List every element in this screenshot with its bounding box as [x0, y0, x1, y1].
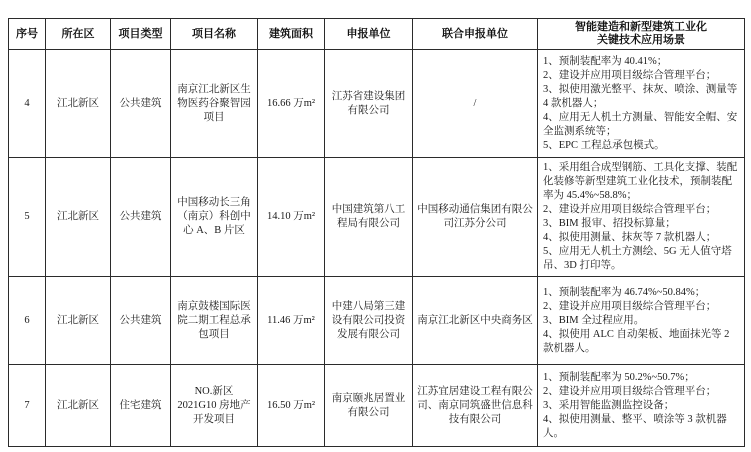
cell-type: 公共建筑: [111, 50, 171, 158]
cell-no: 5: [9, 158, 46, 277]
cell-no: 7: [9, 365, 46, 447]
cell-project-name: 中国移动长三角（南京）科创中心 A、B 片区: [171, 158, 258, 277]
cell-tech-scenarios: 1、预制装配率为 50.2%~50.7%； 2、建设并应用项目级综合管理平台； …: [538, 365, 745, 447]
scenario-item: 3、BIM 全过程应用。: [543, 314, 740, 328]
cell-area: 14.10 万m²: [258, 158, 325, 277]
cell-district: 江北新区: [46, 277, 111, 365]
table-row: 6 江北新区 公共建筑 南京鼓楼国际医院二期工程总承包项目 11.46 万m² …: [9, 277, 745, 365]
cell-tech-scenarios: 1、采用组合成型钢筋、工具化支撑、装配化装修等新型建筑工业化技术，预制装配率为 …: [538, 158, 745, 277]
cell-joint-applicant: 南京江北新区中央商务区: [413, 277, 538, 365]
cell-joint-applicant: 中国移动通信集团有限公司江苏分公司: [413, 158, 538, 277]
scenario-item: 2、建设并应用项目级综合管理平台；: [543, 203, 740, 217]
scenario-item: 4、应用无人机土方测量、智能安全帽、安全监测系统等；: [543, 111, 740, 139]
table-header-row: 序号 所在区 项目类型 项目名称 建筑面积 申报单位 联合申报单位 智能建造和新…: [9, 19, 745, 50]
scenario-item: 1、采用组合成型钢筋、工具化支撑、装配化装修等新型建筑工业化技术，预制装配率为 …: [543, 161, 740, 203]
cell-district: 江北新区: [46, 365, 111, 447]
cell-no: 4: [9, 50, 46, 158]
cell-area: 11.46 万m²: [258, 277, 325, 365]
cell-project-name: 南京江北新区生物医药谷聚智园项目: [171, 50, 258, 158]
scenario-item: 4、拟使用测量、抹灰等 7 款机器人；: [543, 231, 740, 245]
table-row: 4 江北新区 公共建筑 南京江北新区生物医药谷聚智园项目 16.66 万m² 江…: [9, 50, 745, 158]
scenario-item: 5、EPC 工程总承包模式。: [543, 139, 740, 153]
cell-district: 江北新区: [46, 158, 111, 277]
header-tech-scenarios: 智能建造和新型建筑工业化 关键技术应用场景: [538, 19, 745, 50]
projects-table: 序号 所在区 项目类型 项目名称 建筑面积 申报单位 联合申报单位 智能建造和新…: [8, 18, 745, 447]
scenario-item: 1、预制装配率为 50.2%~50.7%；: [543, 371, 740, 385]
cell-applicant: 南京颐兆居置业有限公司: [325, 365, 413, 447]
cell-district: 江北新区: [46, 50, 111, 158]
document-page: 序号 所在区 项目类型 项目名称 建筑面积 申报单位 联合申报单位 智能建造和新…: [0, 0, 751, 452]
header-district: 所在区: [46, 19, 111, 50]
scenario-item: 4、拟使用测量、整平、喷涂等 3 款机器人。: [543, 413, 740, 441]
scenario-item: 2、建设并应用项目级综合管理平台；: [543, 385, 740, 399]
header-no: 序号: [9, 19, 46, 50]
scenario-item: 3、采用智能监测监控设备；: [543, 399, 740, 413]
cell-applicant: 江苏省建设集团有限公司: [325, 50, 413, 158]
header-area: 建筑面积: [258, 19, 325, 50]
header-applicant: 申报单位: [325, 19, 413, 50]
cell-project-name: NO.新区 2021G10 房地产开发项目: [171, 365, 258, 447]
cell-tech-scenarios: 1、预制装配率为 46.74%~50.84%； 2、建设并应用项目级综合管理平台…: [538, 277, 745, 365]
cell-joint-applicant: 江苏宜居建设工程有限公司、南京同筑盛世信息科技有限公司: [413, 365, 538, 447]
cell-project-name: 南京鼓楼国际医院二期工程总承包项目: [171, 277, 258, 365]
scenario-item: 1、预制装配率为 40.41%；: [543, 55, 740, 69]
table-row: 7 江北新区 住宅建筑 NO.新区 2021G10 房地产开发项目 16.50 …: [9, 365, 745, 447]
scenario-item: 2、建设并应用项目级综合管理平台；: [543, 69, 740, 83]
cell-area: 16.66 万m²: [258, 50, 325, 158]
header-type: 项目类型: [111, 19, 171, 50]
scenario-item: 1、预制装配率为 46.74%~50.84%；: [543, 286, 740, 300]
scenario-item: 2、建设并应用项目级综合管理平台；: [543, 300, 740, 314]
cell-applicant: 中国建筑第八工程局有限公司: [325, 158, 413, 277]
cell-no: 6: [9, 277, 46, 365]
cell-joint-applicant: /: [413, 50, 538, 158]
cell-area: 16.50 万m²: [258, 365, 325, 447]
cell-applicant: 中建八局第三建设有限公司投资发展有限公司: [325, 277, 413, 365]
header-joint-applicant: 联合申报单位: [413, 19, 538, 50]
cell-type: 公共建筑: [111, 277, 171, 365]
table-row: 5 江北新区 公共建筑 中国移动长三角（南京）科创中心 A、B 片区 14.10…: [9, 158, 745, 277]
cell-type: 住宅建筑: [111, 365, 171, 447]
scenario-item: 3、拟使用激光整平、抹灰、喷涂、测量等 4 款机器人；: [543, 83, 740, 111]
scenario-item: 3、BIM 报审、招投标算量；: [543, 217, 740, 231]
cell-type: 公共建筑: [111, 158, 171, 277]
header-name: 项目名称: [171, 19, 258, 50]
scenario-item: 5、应用无人机土方测绘、5G 无人值守塔吊、3D 打印等。: [543, 245, 740, 273]
cell-tech-scenarios: 1、预制装配率为 40.41%； 2、建设并应用项目级综合管理平台； 3、拟使用…: [538, 50, 745, 158]
scenario-item: 4、拟使用 ALC 自动架板、地面抹光等 2 款机器人。: [543, 328, 740, 356]
